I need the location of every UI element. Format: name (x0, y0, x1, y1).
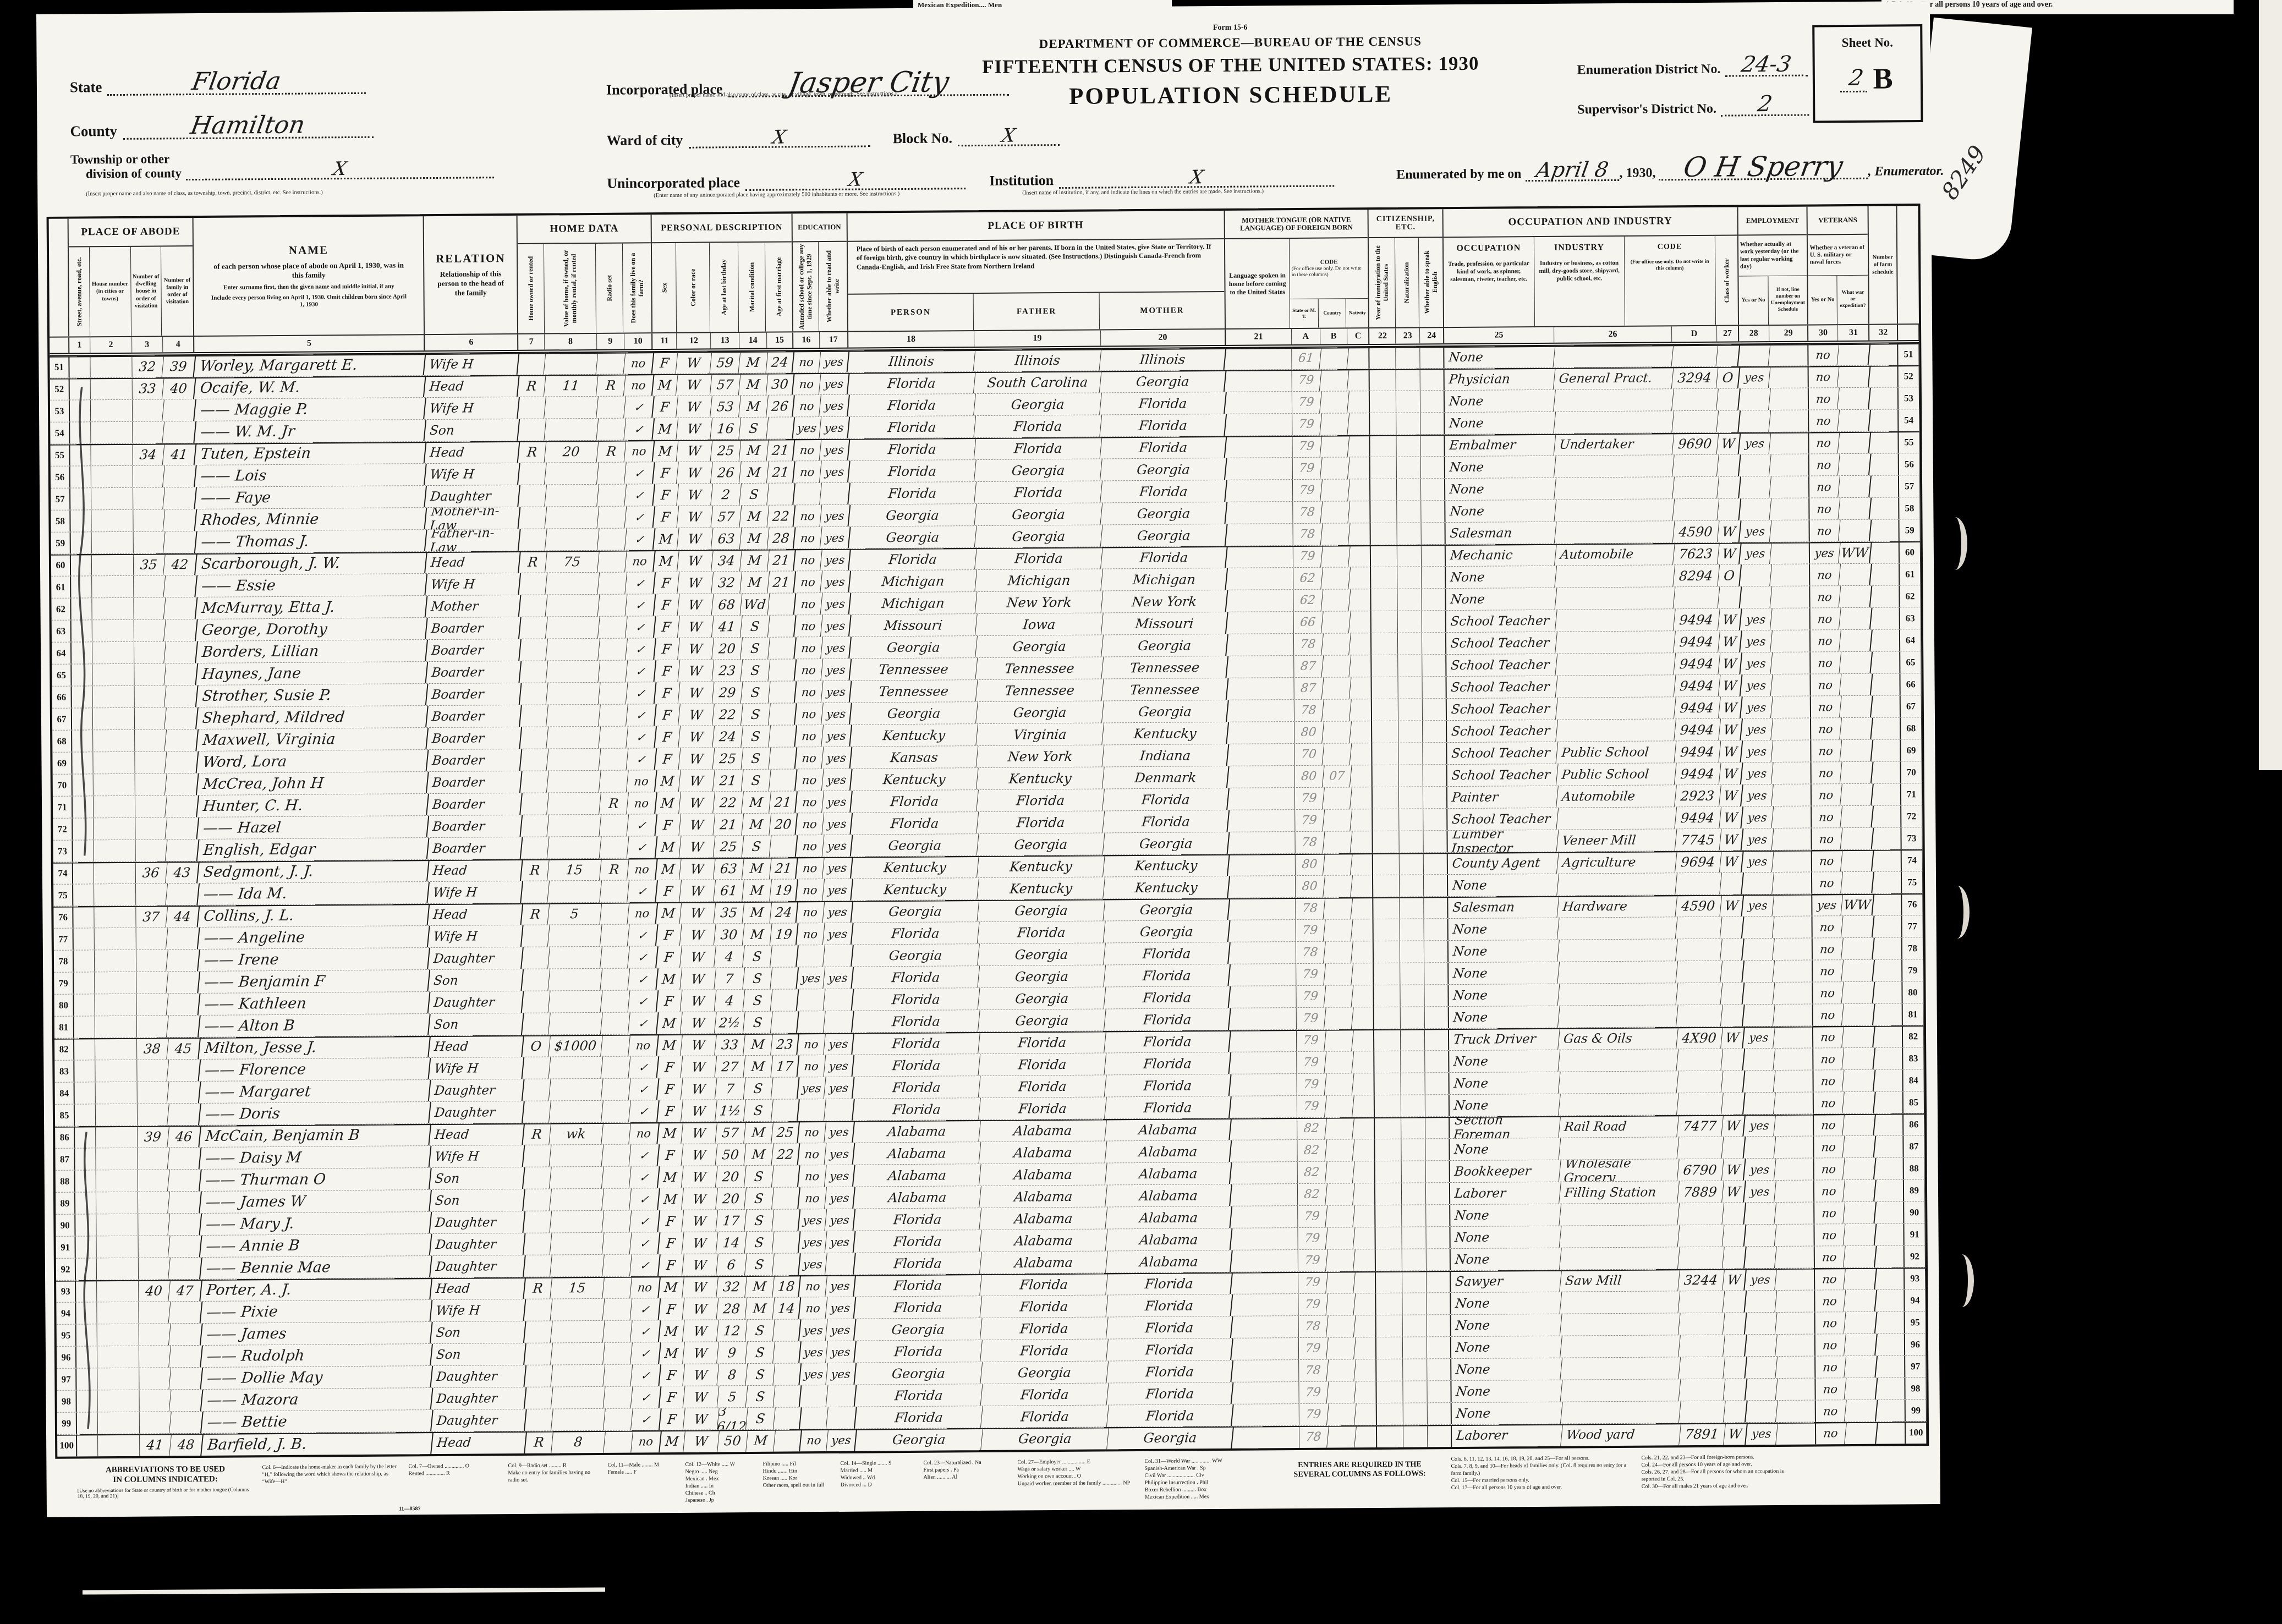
cell-c24 (1424, 919, 1449, 940)
cell-c6: Head (424, 375, 519, 397)
cell-ln: 56 (51, 467, 70, 488)
cell-c10: ✓ (627, 924, 658, 946)
cell-c20: Missouri (1101, 612, 1228, 635)
column-number-c18: 18 (848, 331, 975, 348)
cell-c16 (798, 1099, 826, 1121)
cell-c8 (545, 573, 600, 595)
cell-c30: no (1812, 1004, 1844, 1025)
cell-c27 (1717, 476, 1741, 498)
cell-c4 (169, 1368, 203, 1389)
cell-c8 (551, 1387, 606, 1409)
cell-c16: no (793, 439, 821, 460)
cell-c5: Porter, A. J. (200, 1278, 433, 1301)
cell-c27: W (1719, 762, 1743, 784)
cell-c16: no (796, 769, 824, 791)
cell-c32 (1873, 849, 1902, 871)
cell-c18: Kentucky (850, 768, 978, 791)
cell-c15: 21 (767, 549, 796, 570)
cell-c2 (91, 400, 133, 422)
cell-c26 (1557, 983, 1677, 1006)
cell-c23 (1402, 1161, 1426, 1182)
cell-c12: W (683, 1430, 720, 1452)
cell-c19: Florida (978, 921, 1106, 943)
col11-label: Sex (660, 283, 668, 293)
cell-c11: M (656, 902, 682, 924)
cell-c27: W (1719, 806, 1743, 828)
cell-c11: F (653, 506, 679, 528)
cell-c2 (92, 598, 134, 620)
cell-c10: ✓ (628, 968, 659, 990)
cell-c12: W (680, 946, 716, 967)
cell-c23 (1397, 545, 1422, 566)
cell-c32 (1873, 827, 1902, 849)
cell-c15 (770, 967, 799, 989)
cell-c31: WW (1841, 894, 1875, 915)
cell-cC (1349, 545, 1371, 567)
cell-c8 (546, 749, 601, 771)
cell-c17 (825, 1253, 856, 1275)
cell-c3 (134, 707, 167, 729)
cell-c3 (137, 1192, 170, 1213)
cell-c28 (1745, 1335, 1778, 1356)
cell-c3: 38 (136, 1038, 169, 1059)
cell-c19: Florida (980, 1317, 1109, 1340)
cell-c9 (598, 639, 628, 660)
cell-cC (1350, 589, 1372, 611)
cell-c18: Tennessee (849, 658, 978, 681)
cell-c25: School Teacher (1445, 610, 1557, 632)
cell-cA: 78 (1297, 1316, 1328, 1337)
cell-c21 (1230, 986, 1296, 1008)
cell-c19: Georgia (980, 1361, 1109, 1384)
cell-c12: W (679, 770, 715, 791)
cell-c31 (1844, 1268, 1878, 1290)
cell-c20: Florida (1101, 480, 1228, 503)
cell-cA: 79 (1296, 1008, 1326, 1029)
cell-c3 (136, 1016, 169, 1037)
cell-c25: None (1447, 918, 1559, 940)
cell-c17 (824, 1099, 855, 1121)
cell-c20: Florida (1107, 1382, 1234, 1405)
cell-cB (1320, 413, 1350, 435)
cell-c5: —— Thurman O (199, 1168, 432, 1191)
cell-c31 (1838, 432, 1872, 453)
cell-c19: New York (975, 591, 1104, 613)
cell-c1 (70, 532, 91, 553)
cell-c7 (522, 1013, 551, 1035)
cell-c21 (1230, 964, 1296, 986)
cell-c26: Automobile (1555, 543, 1675, 566)
cell-c6: Head (425, 441, 520, 463)
sheet-footer: ABBREVIATIONS TO BE USED IN COLUMNS INDI… (77, 1452, 1915, 1508)
cell-c5: Maxwell, Virginia (196, 728, 429, 751)
cell-c13: 20 (712, 638, 743, 659)
cell-c15 (771, 989, 799, 1011)
veterans-desc: Whether a veteran of U. S. military or n… (1808, 235, 1868, 276)
cell-c10: ✓ (628, 1056, 659, 1078)
scan-artifact-sliver (83, 1588, 605, 1595)
cell-c10: no (625, 550, 656, 572)
cell-c1 (75, 1192, 96, 1214)
cell-c26 (1558, 1071, 1678, 1094)
cell-c21 (1227, 524, 1293, 546)
scanned-census-page: Mexican Expedition.... Men ( Col. 19—For… (0, 0, 2282, 1624)
cell-c2 (96, 1126, 138, 1148)
ed-label: Enumeration District No. (1577, 62, 1721, 78)
cell-c32 (1877, 1378, 1906, 1399)
cell-c32 (1875, 1113, 1904, 1135)
col8-label: Value of home, if owned, or monthly rent… (562, 245, 578, 331)
cell-c3: 32 (131, 355, 164, 377)
cell-ln: 67 (52, 709, 72, 730)
cell-c24 (1423, 765, 1447, 786)
cell-c19: Illinois (974, 349, 1102, 371)
cell-ln: 53 (50, 400, 70, 422)
cell-c20: Kentucky (1103, 854, 1230, 877)
cell-c4 (167, 1148, 201, 1169)
cell-c22 (1375, 1183, 1402, 1205)
cell-c27 (1723, 1335, 1747, 1356)
cell-c1 (77, 1412, 98, 1434)
cell-c2 (96, 1104, 138, 1126)
cell-c16: no (796, 857, 825, 879)
cell-ln: 89 (56, 1193, 75, 1214)
cell-cD (1676, 1005, 1723, 1027)
cell-c16: no (794, 527, 822, 548)
cell-ln: 99 (57, 1413, 77, 1434)
cell-c32 (1873, 761, 1901, 783)
cell-ln: 62 (51, 599, 71, 620)
cell-c20: Alabama (1105, 1162, 1232, 1185)
cell-c30: no (1811, 784, 1843, 805)
cell-c16: no (794, 593, 822, 615)
column-number-c5: 5 (194, 335, 425, 352)
cell-c5: —— Pixie (200, 1300, 433, 1323)
cell-c6: Wife H (430, 1145, 525, 1167)
cell-c27: W (1720, 895, 1744, 916)
cell-c2 (94, 906, 136, 928)
cell-c3 (133, 619, 166, 641)
cell-c17: yes (821, 659, 852, 681)
cell-c12: W (683, 1276, 719, 1297)
cell-c8 (551, 1409, 606, 1431)
cell-c17: yes (822, 901, 853, 923)
cell-c12: W (681, 990, 717, 1011)
cell-c2 (94, 818, 135, 840)
cell-c29 (1770, 432, 1809, 454)
cell-c18: Michigan (849, 570, 977, 592)
cell-c27: O (1716, 366, 1741, 388)
cell-c6: Daughter (431, 1387, 526, 1409)
cell-c12: W (677, 462, 713, 483)
cell-cD (1678, 1379, 1726, 1401)
cell-c30: no (1810, 652, 1842, 673)
cell-c20: Tennessee (1102, 656, 1229, 679)
cell-c12: W (676, 374, 712, 395)
cell-ln: 78 (54, 951, 74, 972)
cell-c22 (1373, 809, 1399, 831)
cell-c26: General Pract. (1553, 367, 1673, 389)
cell-cC (1354, 1315, 1376, 1337)
cell-c19: Alabama (979, 1119, 1107, 1142)
cell-c2 (92, 554, 134, 576)
group-label: HOME DATA (518, 215, 651, 244)
cell-lnr: 85 (1904, 1091, 1924, 1113)
cell-cA: 66 (1293, 612, 1324, 633)
cell-c6: Daughter (429, 1101, 524, 1123)
cell-c17: yes (822, 857, 853, 879)
cell-c1 (73, 906, 94, 928)
cell-c18: Alabama (853, 1186, 981, 1209)
cell-cD: 9494 (1674, 763, 1721, 785)
cell-c22 (1376, 1337, 1403, 1359)
group-mother-tongue: MOTHER TONGUE (OR NATIVE LANGUAGE) OF FO… (1225, 210, 1370, 328)
cell-c15 (772, 1253, 801, 1275)
cell-c17: yes (819, 395, 850, 416)
cell-cA: 87 (1293, 678, 1324, 699)
cell-cB (1323, 875, 1353, 897)
cell-cB (1321, 611, 1351, 633)
cell-c12: W (680, 880, 716, 901)
cell-c14: S (745, 1232, 775, 1253)
cell-c15: 30 (766, 373, 795, 394)
unincorporated-note: (Enter name of any unincorporated place … (654, 190, 984, 199)
cell-c28: yes (1741, 829, 1774, 850)
cell-ln: 59 (51, 533, 71, 554)
cell-c10: ✓ (630, 1408, 661, 1430)
cell-c1 (74, 1038, 95, 1060)
cell-ln: 55 (50, 445, 70, 466)
cell-c10: ✓ (625, 572, 656, 594)
group-home-data: HOME DATA Home owned or rented Value of … (518, 215, 653, 333)
cell-c3: 33 (131, 377, 164, 399)
cell-c10: ✓ (629, 1166, 660, 1188)
cell-c14: S (743, 1012, 773, 1033)
cell-c9 (604, 1408, 633, 1430)
state-line: Florida (107, 90, 366, 96)
col16-label: Attended school or college any time sinc… (797, 244, 814, 330)
cell-cA: 79 (1292, 546, 1323, 567)
cell-c27: W (1722, 1159, 1746, 1180)
cell-c21 (1227, 458, 1293, 480)
cell-c12: W (678, 682, 715, 703)
cell-c26: Wholesale Grocery (1559, 1159, 1678, 1182)
cell-c8 (546, 705, 601, 727)
cell-c14: M (743, 902, 772, 923)
cell-c30: no (1814, 1312, 1846, 1334)
cell-cD (1678, 1291, 1725, 1313)
cell-c22 (1372, 655, 1398, 677)
cell-c28 (1742, 917, 1775, 938)
cell-c14: S (743, 990, 773, 1011)
cell-c31 (1844, 1202, 1877, 1224)
cell-c28: yes (1741, 696, 1773, 718)
cell-lnr: 73 (1901, 827, 1922, 849)
cell-c26: Veneer Mill (1556, 829, 1676, 852)
cell-c9 (599, 749, 628, 770)
group-education: EDUCATION Attended school or college any… (792, 213, 848, 332)
ward-line: X (688, 142, 870, 148)
cell-c21 (1230, 942, 1296, 964)
cell-c9 (602, 1298, 632, 1320)
page-curl-mark (1950, 1254, 1974, 1307)
cell-c30: no (1808, 366, 1840, 387)
cell-ln: 85 (55, 1105, 75, 1126)
cell-c20: Florida (1103, 788, 1230, 811)
cell-c19: South Carolina (974, 371, 1102, 393)
cell-c4 (163, 487, 197, 509)
name-title: NAME (289, 243, 328, 257)
cell-c18: Florida (848, 460, 977, 482)
cell-c2 (96, 1170, 138, 1192)
cell-c12: W (683, 1342, 719, 1363)
cell-c22 (1374, 897, 1400, 919)
entries-title: ENTRIES ARE REQUIRED IN THE SEVERAL COLU… (1277, 1460, 1442, 1500)
sheet-number-label: Sheet No. (1814, 35, 1920, 50)
cell-c18: Florida (854, 1296, 982, 1319)
cell-c7 (522, 947, 550, 969)
cell-c2 (95, 1016, 137, 1038)
cell-c13: 9 (717, 1342, 748, 1363)
cell-c10: ✓ (627, 880, 658, 902)
cell-c13: 28 (717, 1298, 748, 1319)
cell-c13: 63 (711, 528, 742, 549)
codeD-note: (For office use only. Do not write in th… (1625, 258, 1715, 326)
cell-c26: Automobile (1556, 785, 1676, 808)
cell-c31 (1843, 1114, 1877, 1135)
cell-c9 (597, 595, 627, 616)
cell-c28 (1746, 1401, 1778, 1422)
codeD-title: CODE (1658, 236, 1682, 258)
cell-c8 (548, 969, 602, 991)
cell-c16: no (797, 1055, 826, 1077)
cell-c1 (72, 664, 92, 685)
cell-c31 (1842, 982, 1875, 1003)
cell-cA: 82 (1296, 1118, 1327, 1139)
cell-c31 (1842, 1026, 1875, 1047)
cell-c10: no (631, 1430, 662, 1452)
cell-cA: 79 (1295, 964, 1326, 985)
county-line: Hamilton (123, 134, 373, 140)
cell-c17: yes (821, 637, 852, 659)
cell-cC (1348, 457, 1370, 479)
cell-c30: no (1808, 388, 1840, 409)
cell-c23 (1402, 1205, 1426, 1226)
cell-c12: W (682, 1122, 718, 1143)
cell-c31 (1844, 1312, 1878, 1334)
cell-c32 (1876, 1268, 1905, 1289)
cell-cD (1672, 477, 1719, 499)
cell-c25: None (1448, 1006, 1560, 1028)
cell-cD: 9494 (1674, 719, 1721, 741)
cell-cB (1321, 677, 1351, 699)
cell-c20: Florida (1101, 546, 1228, 569)
cell-cB (1322, 699, 1352, 721)
cell-c11: M (656, 1012, 683, 1034)
cell-c14: S (739, 418, 769, 439)
cell-c24 (1427, 1227, 1451, 1248)
cell-c32 (1872, 629, 1900, 651)
cell-c10: ✓ (624, 484, 655, 506)
cell-c5: —— Doris (199, 1102, 431, 1125)
cell-lnr: 52 (1899, 365, 1919, 387)
cell-c3 (131, 421, 164, 443)
cell-c20: Florida (1105, 1096, 1232, 1119)
cell-c12: W (680, 902, 716, 923)
cell-cD (1671, 389, 1719, 411)
cell-c5: —— Bettie (201, 1410, 434, 1433)
cell-lnr: 59 (1900, 519, 1921, 541)
cell-cB (1323, 897, 1353, 919)
cell-c11: M (657, 1122, 684, 1144)
cell-c27 (1723, 1313, 1747, 1334)
column-number-c25: 25 (1444, 327, 1554, 343)
cell-cA: 79 (1297, 1206, 1327, 1227)
cell-c24 (1424, 963, 1449, 984)
cell-cA: 79 (1292, 480, 1323, 501)
cell-cB (1321, 633, 1351, 655)
cell-c24 (1427, 1381, 1451, 1402)
cell-c20: Georgia (1100, 370, 1227, 393)
cell-c19: Florida (977, 811, 1105, 833)
cell-c1 (73, 840, 94, 862)
cell-c12: W (677, 528, 714, 549)
cell-c11: F (657, 1056, 683, 1078)
cell-c24 (1421, 479, 1445, 500)
cell-c8 (550, 1189, 604, 1211)
cell-c10: ✓ (629, 1210, 660, 1232)
cell-c21 (1229, 832, 1295, 854)
cell-c17: yes (822, 835, 853, 857)
cell-c29 (1769, 366, 1809, 388)
cell-c16: yes (799, 1319, 828, 1341)
cell-c1 (74, 972, 95, 994)
cell-c3 (137, 1170, 170, 1191)
cell-c29 (1774, 1004, 1813, 1026)
enumerated-by-label: Enumerated by me on (1396, 167, 1522, 183)
cell-ln: 75 (53, 885, 73, 906)
col23-label: Naturalization (1403, 262, 1411, 303)
cell-c20: Alabama (1106, 1206, 1233, 1229)
cell-c4 (169, 1346, 203, 1367)
cell-c22 (1375, 1095, 1401, 1117)
cell-c21 (1226, 414, 1292, 436)
column-number-ln (50, 338, 69, 353)
institution-note: (Insert name of institution, if any, and… (1022, 187, 1418, 196)
cell-c20: Georgia (1100, 458, 1227, 481)
cell-c23 (1403, 1359, 1427, 1380)
cell-c15: 17 (771, 1055, 799, 1077)
cell-c24 (1424, 897, 1448, 918)
cell-cD: 9494 (1673, 631, 1720, 653)
cell-cC (1352, 985, 1374, 1007)
cell-c12: W (681, 1056, 717, 1077)
cell-c1 (74, 928, 95, 950)
cell-c29 (1776, 1334, 1815, 1356)
cell-lnr: 51 (1898, 343, 1919, 365)
cell-ln: 57 (51, 489, 70, 510)
cell-cA: 78 (1292, 524, 1323, 545)
cell-c6: Boarder (426, 705, 522, 727)
cell-cA: 79 (1291, 392, 1322, 413)
cell-c10: ✓ (630, 1320, 661, 1342)
cell-c8: 5 (547, 903, 602, 925)
cell-c29 (1773, 916, 1813, 938)
cell-c25: None (1448, 1050, 1560, 1072)
cell-c30: no (1810, 696, 1842, 717)
cell-c1 (69, 356, 90, 377)
cell-c2 (93, 708, 135, 730)
